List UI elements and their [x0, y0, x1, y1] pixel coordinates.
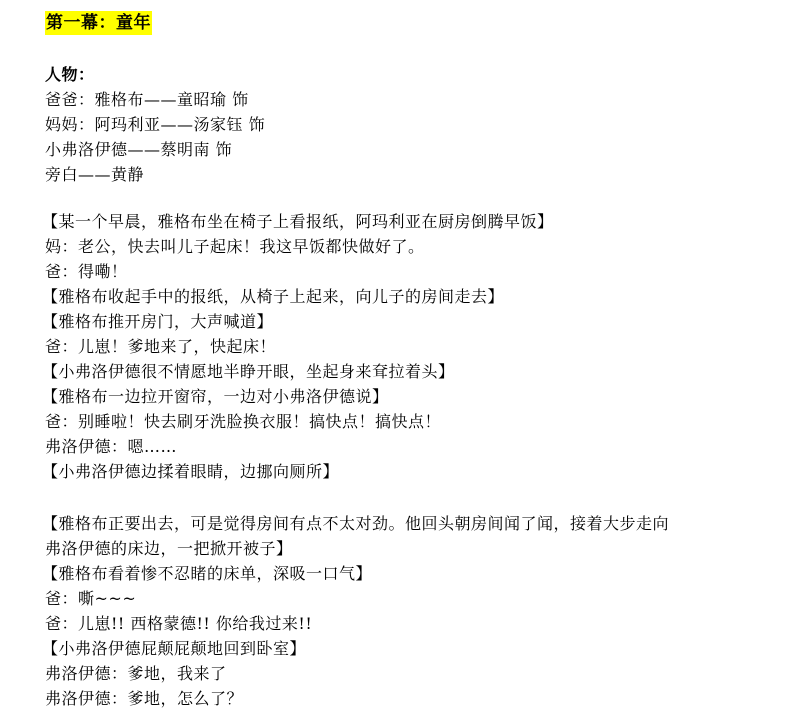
scene-part-1: 【某一个早晨，雅格布坐在椅子上看报纸，阿玛利亚在厨房倒腾早饭】 妈：老公，快去叫… — [45, 209, 554, 484]
dialogue-line: 爸：儿崽！爹地来了，快起床！ — [45, 334, 554, 359]
stage-direction: 【雅格布正要出去，可是觉得房间有点不太对劲。他回头朝房间闻了闻，接着大步走向 — [42, 511, 669, 536]
cast-item: 旁白——黄静 — [45, 162, 265, 187]
cast-item: 小弗洛伊德——蔡明南 饰 — [45, 137, 265, 162]
dialogue-line: 妈：老公，快去叫儿子起床！我这早饭都快做好了。 — [45, 234, 554, 259]
act-title-line: 第一幕：童年 — [45, 11, 152, 36]
stage-direction: 【小弗洛伊德边揉着眼睛，边挪向厕所】 — [42, 459, 554, 484]
stage-direction-continued: 弗洛伊德的床边，一把掀开被子】 — [45, 536, 669, 561]
cast-item: 爸爸：雅格布——童昭瑜 饰 — [45, 87, 265, 112]
dialogue-line: 弗洛伊德：嗯…… — [45, 434, 554, 459]
act-title: 第一幕：童年 — [45, 11, 152, 35]
dialogue-line: 爸：得嘞！ — [45, 259, 554, 284]
stage-direction: 【小弗洛伊德屁颠屁颠地回到卧室】 — [42, 636, 669, 661]
stage-direction: 【雅格布一边拉开窗帘，一边对小弗洛伊德说】 — [42, 384, 554, 409]
cast-item: 妈妈：阿玛利亚——汤家钰 饰 — [45, 112, 265, 137]
dialogue-line: 爸：嘶~~~ — [45, 586, 669, 611]
stage-direction: 【雅格布推开房门，大声喊道】 — [42, 309, 554, 334]
stage-direction: 【某一个早晨，雅格布坐在椅子上看报纸，阿玛利亚在厨房倒腾早饭】 — [42, 209, 554, 234]
dialogue-line: 弗洛伊德：爹地，怎么了？ — [45, 686, 669, 709]
dialogue-line: 弗洛伊德：爹地，我来了 — [45, 661, 669, 686]
stage-direction: 【小弗洛伊德很不情愿地半睁开眼，坐起身来耷拉着头】 — [42, 359, 554, 384]
dialogue-line: 爸：儿崽!! 西格蒙德!! 你给我过来!! — [45, 611, 669, 636]
dialogue-line: 爸：别睡啦！快去刷牙洗脸换衣服！搞快点！搞快点！ — [45, 409, 554, 434]
cast-heading: 人物： — [45, 62, 265, 87]
stage-direction: 【雅格布收起手中的报纸，从椅子上起来，向儿子的房间走去】 — [42, 284, 554, 309]
cast-section: 人物： 爸爸：雅格布——童昭瑜 饰 妈妈：阿玛利亚——汤家钰 饰 小弗洛伊德——… — [45, 62, 265, 187]
scene-part-2: 【雅格布正要出去，可是觉得房间有点不太对劲。他回头朝房间闻了闻，接着大步走向 弗… — [45, 511, 669, 709]
stage-direction: 【雅格布看着惨不忍睹的床单，深吸一口气】 — [42, 561, 669, 586]
